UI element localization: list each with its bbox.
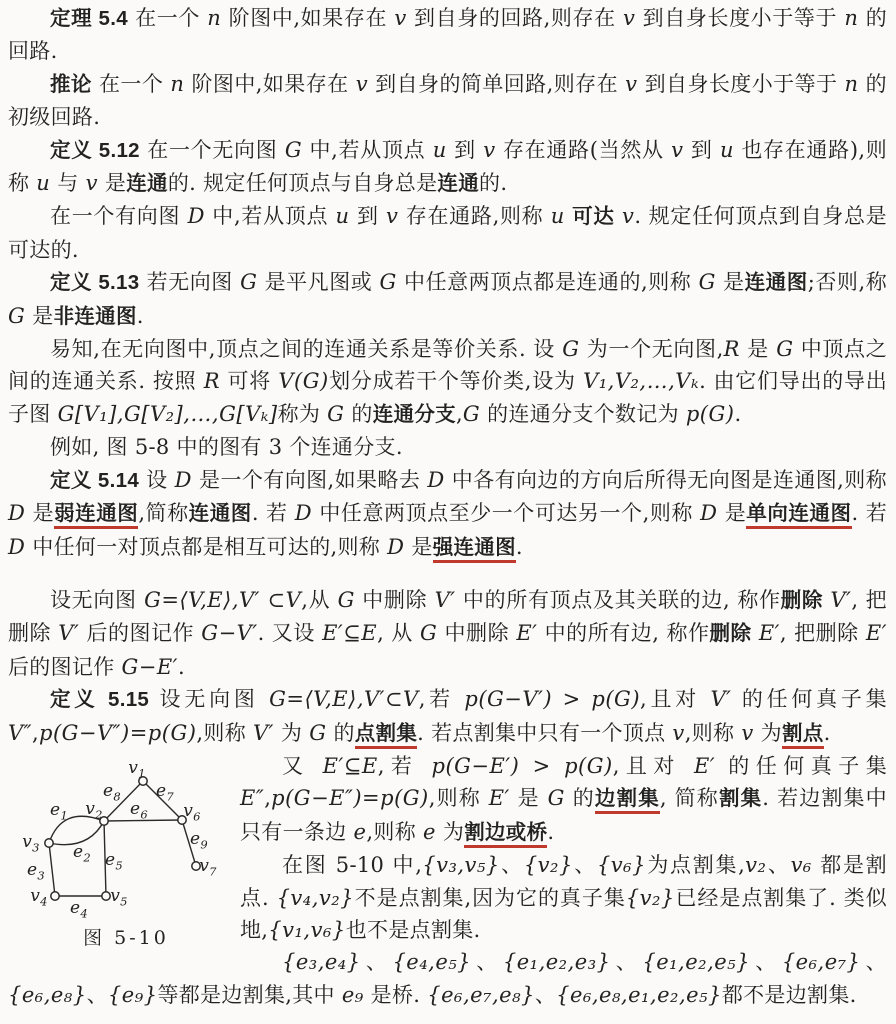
math-expression: n	[170, 72, 184, 96]
vertex-v5	[102, 892, 110, 900]
body-text: 是	[25, 304, 53, 328]
math-expression: u	[551, 204, 565, 228]
math-expression: E′	[516, 621, 537, 645]
key-term-bold: 连通图	[189, 502, 252, 525]
body-text: .	[734, 402, 741, 426]
math-expression: n	[207, 6, 221, 30]
math-expression: R	[204, 369, 220, 393]
body-text: 在一个	[128, 6, 207, 30]
vertex-label-v6: v6	[183, 801, 201, 824]
body-text: 是	[510, 786, 548, 810]
body-text: 可将	[220, 369, 278, 393]
math-expression: e	[353, 820, 366, 844]
body-text: 为点割集,	[646, 853, 745, 877]
body-text	[615, 204, 622, 228]
body-text: 划分成若干个等价类,设为	[329, 369, 583, 393]
body-text: 中任意两顶点都是连通的,则称	[397, 270, 699, 294]
math-expression: {e₃,e₄}	[282, 950, 361, 974]
edge-label-e2: e2	[73, 842, 91, 865]
key-term-underlined: 割点	[782, 722, 824, 749]
body-text: ,则称	[196, 721, 253, 745]
key-term-underlined: 单向连通图	[746, 502, 851, 529]
body-text: ,且对	[613, 754, 694, 778]
math-expression: e	[423, 820, 436, 844]
math-expression: G	[240, 270, 257, 294]
key-term-underlined: 弱连通图	[54, 502, 138, 529]
body-text: 也不是点割集.	[346, 918, 481, 942]
body-text: ,则称	[429, 786, 489, 810]
body-text: 在图 5-10 中,	[282, 853, 422, 877]
vertex-label-v2: v2	[85, 799, 103, 822]
body-text: .	[516, 535, 523, 559]
math-expression: G−V′	[201, 621, 257, 645]
key-term-bold: 割集	[719, 787, 762, 810]
body-text: 是平凡图或	[257, 270, 379, 294]
math-expression: v₂	[745, 853, 766, 877]
math-expression: {v₃,v₅}	[422, 853, 499, 877]
edge-label-e1: e1	[50, 800, 68, 823]
body-text: 存在通路,则称	[398, 204, 550, 228]
math-expression: {v₆}	[597, 853, 646, 877]
body-text: 例如, 图 5-8 中的图有 3 个连通分支.	[50, 435, 403, 459]
body-text: 存在通路(当然从	[496, 138, 672, 162]
body-text: 、	[766, 853, 790, 877]
body-text: 若无向图	[139, 270, 240, 294]
body-text: 的任何真子集	[731, 687, 887, 711]
body-text: .	[547, 820, 554, 844]
body-text: 的	[344, 402, 372, 426]
body-text: 设	[139, 468, 175, 492]
vertex-label-v7: v7	[199, 856, 217, 879]
math-expression: {e₉}	[108, 983, 158, 1007]
math-expression: {v₂}	[524, 853, 573, 877]
math-expression: u	[336, 204, 350, 228]
body-text: 的	[326, 721, 354, 745]
key-term-underlined: 边割集	[595, 787, 660, 814]
math-expression: v	[394, 6, 406, 30]
figure-caption: 图 5-10	[83, 927, 169, 949]
math-expression: e₉	[342, 983, 364, 1007]
math-expression: v	[671, 138, 683, 162]
key-term-bold: 定义 5.15	[50, 688, 149, 711]
body-text: 、	[500, 853, 524, 877]
math-expression: D	[8, 501, 25, 525]
math-expression: E′	[694, 754, 715, 778]
edge-label-e7: e7	[156, 781, 174, 804]
body-text: 阶图中,如果存在	[184, 72, 355, 96]
math-expression: G	[562, 337, 579, 361]
vertex-label-v3: v3	[22, 832, 40, 855]
math-expression: E′	[759, 621, 780, 645]
body-text: 中任意两顶点至少一个可达另一个,则称	[312, 501, 700, 525]
math-expression: {e₆,e₇}	[782, 950, 861, 974]
body-text: 、	[750, 950, 782, 974]
body-text: ,简称	[138, 501, 188, 525]
body-text: 到自身的简单回路,则存在	[368, 72, 625, 96]
body-text: 在一个有向图	[50, 204, 188, 228]
math-expression: V′	[710, 687, 731, 711]
body-text: 中的所有边, 称作	[537, 621, 709, 645]
math-expression: p(G−E′) > p(G)	[432, 754, 613, 778]
math-expression: {e₁,e₂,e₃}	[503, 950, 611, 974]
math-expression: D	[295, 501, 312, 525]
para-def-5-12: 定义 5.12 在一个无向图 G 中,若从顶点 u 到 v 存在通路(当然从 v…	[8, 134, 887, 201]
body-text: 是	[404, 535, 432, 559]
figure-5-10: e1e2e3e4e5e6e7e8e9v1v2v3v4v5v6v7图 5-10	[8, 752, 234, 954]
math-expression: v	[625, 72, 637, 96]
key-term-underlined: 点割集	[355, 722, 417, 749]
para-fig-edge-cuts: {e₃,e₄}、{e₄,e₅}、{e₁,e₂,e₃}、{e₁,e₂,e₅}、{e…	[8, 946, 887, 1011]
body-text: 在一个	[92, 72, 171, 96]
key-term-bold: 连通	[126, 172, 168, 195]
body-text: .	[137, 304, 144, 328]
body-text: 、	[361, 950, 393, 974]
math-expression: G	[8, 304, 25, 328]
math-expression: G−E′	[121, 655, 177, 679]
body-text: 、	[860, 950, 887, 974]
math-expression: v	[356, 72, 368, 96]
body-text: 是一个有向图,如果略去	[192, 468, 427, 492]
key-term-bold: 非连通图	[54, 305, 137, 328]
math-expression: D	[8, 535, 25, 559]
math-expression: E′⊆E	[323, 754, 378, 778]
text-body: 定理 5.4 在一个 n 阶图中,如果存在 v 到自身的回路,则存在 v 到自身…	[8, 2, 887, 1011]
key-term-bold: 定理 5.4	[50, 7, 128, 30]
body-text: ,若	[419, 687, 465, 711]
body-text: ,	[456, 402, 463, 426]
edge-label-e6: e6	[130, 799, 148, 822]
body-text: 、	[535, 983, 556, 1007]
math-expression: {v₄,v₂}	[277, 886, 354, 910]
body-text: 到	[683, 138, 719, 162]
math-expression: v	[483, 138, 495, 162]
para-theorem-5-4: 定理 5.4 在一个 n 阶图中,如果存在 v 到自身的回路,则存在 v 到自身…	[8, 2, 887, 68]
math-expression: u	[433, 138, 447, 162]
body-text: 在一个无向图	[140, 138, 285, 162]
body-text: .	[824, 721, 831, 745]
math-expression: E″	[240, 786, 264, 810]
body-text: 是	[717, 501, 746, 525]
vertex-label-v4: v4	[30, 886, 48, 909]
math-expression: v	[741, 721, 753, 745]
edge-label-e5: e5	[105, 850, 123, 873]
body-text: ,则称	[685, 721, 742, 745]
math-expression: n	[845, 72, 859, 96]
math-expression: G	[463, 402, 480, 426]
math-expression: E′	[866, 621, 887, 645]
math-expression: D	[188, 204, 205, 228]
math-expression: p(G)	[686, 402, 735, 426]
math-expression: G	[699, 270, 716, 294]
body-text: . 若	[252, 501, 295, 525]
body-text: 到自身长度小于等于	[635, 6, 844, 30]
body-text: ,	[32, 721, 39, 745]
math-expression: {e₆,e₈}	[8, 983, 87, 1007]
math-expression: {v₁,v₆}	[268, 918, 345, 942]
math-expression: u	[720, 138, 734, 162]
math-expression: u	[36, 171, 50, 195]
key-term-underlined: 割边或桥	[464, 821, 547, 848]
math-expression: R	[724, 337, 740, 361]
key-term-bold: 删除	[781, 589, 823, 612]
body-text: . 若点割集中只有一个顶点	[417, 721, 672, 745]
graph-diagram: e1e2e3e4e5e6e7e8e9v1v2v3v4v5v6v7图 5-10	[8, 752, 234, 954]
math-expression: {e₁,e₂,e₅}	[642, 950, 750, 974]
key-term-bold: 删除	[710, 622, 752, 645]
math-expression: {v₂}	[626, 886, 675, 910]
body-text: 的任何真子集	[715, 754, 887, 778]
body-text: 是桥.	[364, 983, 428, 1007]
key-term-bold: 定义 5.13	[50, 271, 139, 294]
body-text: 是	[98, 171, 126, 195]
math-expression: v	[386, 204, 398, 228]
body-text: 后的图记作	[8, 655, 121, 679]
para-corollary: 推论 在一个 n 阶图中,如果存在 v 到自身的简单回路,则存在 v 到自身长度…	[8, 68, 887, 134]
body-text: 为	[274, 721, 309, 745]
math-expression: v	[86, 171, 98, 195]
math-expression: V′	[830, 588, 851, 612]
math-expression: G	[327, 402, 344, 426]
math-expression: p(G−E″)=p(G)	[271, 786, 429, 810]
body-text: 的连通分支个数记为	[480, 402, 686, 426]
math-expression: G	[285, 138, 302, 162]
body-text: 中删除	[437, 621, 516, 645]
math-expression: G	[420, 621, 437, 645]
math-expression: E′	[489, 786, 510, 810]
body-text: 、	[573, 853, 597, 877]
body-text: 设无向图	[50, 588, 144, 612]
math-expression: D	[700, 501, 717, 525]
para-example: 例如, 图 5-8 中的图有 3 个连通分支.	[8, 431, 887, 463]
math-expression: p(G−V″)=p(G)	[39, 721, 196, 745]
math-expression: {e₄,e₅}	[392, 950, 471, 974]
math-expression: G	[380, 270, 397, 294]
body-text: ,则称	[366, 820, 423, 844]
edge-label-e3: e3	[27, 860, 45, 883]
body-text: ;否则,称	[808, 270, 887, 294]
body-text: . 若	[852, 501, 888, 525]
math-expression: n	[844, 6, 858, 30]
body-text: 到自身长度小于等于	[637, 72, 844, 96]
textbook-page: 定理 5.4 在一个 n 阶图中,如果存在 v 到自身的回路,则存在 v 到自身…	[0, 0, 896, 1024]
body-text: 阶图中,如果存在	[221, 6, 394, 30]
body-text: 都不是边割集.	[722, 983, 857, 1007]
body-text: . 又设	[258, 621, 322, 645]
math-expression: G[V₁],G[V₂],…,G[Vₖ]	[58, 402, 278, 426]
math-expression: v	[622, 204, 634, 228]
body-text: 中各有向边的方向后所得无向图是连通图,则称	[445, 468, 887, 492]
math-expression: D	[427, 468, 444, 492]
math-expression: v₆	[791, 853, 812, 877]
body-text: , 简称	[660, 786, 719, 810]
body-text: 、	[471, 950, 503, 974]
body-text: 又	[282, 754, 323, 778]
body-text: , 从	[377, 621, 420, 645]
math-expression: V″	[8, 721, 32, 745]
math-expression: V′	[253, 721, 274, 745]
math-expression: {e₆,e₈,e₁,e₂,e₅}	[556, 983, 722, 1007]
key-term-bold: 连通	[437, 172, 479, 195]
body-text: 等都是边割集,其中	[157, 983, 341, 1007]
edge-e3	[49, 843, 55, 896]
vertex-v4	[51, 892, 59, 900]
body-text: 设无向图	[149, 687, 269, 711]
body-text: ,若	[378, 754, 432, 778]
edge-label-e8: e8	[103, 781, 121, 804]
body-text: 后的图记作	[79, 621, 201, 645]
math-expression: V(G)	[278, 369, 328, 393]
body-text: 的.	[479, 171, 507, 195]
math-expression: D	[175, 468, 192, 492]
body-text: 到	[447, 138, 483, 162]
body-text: 中,若从顶点	[205, 204, 336, 228]
body-text: 的. 规定任何顶点与自身总是	[168, 171, 438, 195]
math-expression: E′⊆E	[322, 621, 377, 645]
math-expression: v	[623, 6, 635, 30]
body-text	[752, 621, 759, 645]
key-term-underlined: 强连通图	[433, 536, 516, 563]
body-text: 、	[611, 950, 643, 974]
body-text: 中的所有顶点及其关联的边, 称作	[456, 588, 781, 612]
math-expression: V′	[435, 588, 456, 612]
para-deletion: 设无向图 G=⟨V,E⟩,V′ ⊂V,从 G 中删除 V′ 中的所有顶点及其关联…	[8, 584, 887, 683]
key-term-bold: 推论	[50, 73, 92, 96]
key-term-bold: 可达	[572, 205, 614, 228]
body-text: 到	[350, 204, 386, 228]
body-text: 不是点割集,因为它的真子集	[354, 886, 626, 910]
body-text: 是	[740, 337, 776, 361]
body-text: 中,若从顶点	[302, 138, 433, 162]
math-expression: V₁,V₂,…,Vₖ	[583, 369, 699, 393]
vertex-v3	[45, 839, 53, 847]
body-text: 中任何一对顶点都是相互可达的,则称	[25, 535, 387, 559]
math-expression: D	[387, 535, 404, 559]
para-def-5-14: 定义 5.14 设 D 是一个有向图,如果略去 D 中各有向边的方向后所得无向图…	[8, 464, 887, 564]
para-components: 易知,在无向图中,顶点之间的连通关系是等价关系. 设 G 为一个无向图,R 是 …	[8, 333, 887, 431]
edge-label-e9: e9	[190, 829, 208, 852]
body-text: 是	[25, 501, 54, 525]
vertex-label-v5: v5	[110, 886, 128, 909]
body-text: ,且对	[640, 687, 710, 711]
math-expression: {e₆,e₇,e₈}	[427, 983, 535, 1007]
para-reachable: 在一个有向图 D 中,若从顶点 u 到 v 存在通路,则称 u 可达 v. 规定…	[8, 200, 887, 266]
body-text: 为	[436, 820, 464, 844]
math-expression: G	[309, 721, 326, 745]
key-term-bold: 连通图	[745, 271, 808, 294]
math-expression: v	[672, 721, 684, 745]
math-expression: V′	[58, 621, 79, 645]
math-expression: G=⟨V,E⟩,V′ ⊂V	[144, 588, 301, 612]
math-expression: G	[338, 588, 355, 612]
body-text: 为	[754, 721, 782, 745]
body-text: 中删除	[355, 588, 435, 612]
edge-label-e4: e4	[70, 898, 88, 921]
body-text: 为一个无向图,	[580, 337, 724, 361]
body-text: 、	[87, 983, 108, 1007]
key-term-bold: 定义 5.14	[50, 469, 139, 492]
math-expression: G	[776, 337, 793, 361]
body-text: .	[178, 655, 185, 679]
math-expression: G=⟨V,E⟩,V′⊂V	[269, 687, 419, 711]
body-text: 的	[565, 786, 595, 810]
para-def-5-15: 定义 5.15 设无向图 G=⟨V,E⟩,V′⊂V,若 p(G−V′) > p(…	[8, 683, 887, 750]
body-text: 易知,在无向图中,顶点之间的连通关系是等价关系. 设	[50, 337, 562, 361]
body-text: 与	[50, 171, 85, 195]
body-text: 是	[716, 270, 745, 294]
key-term-bold: 连通分支	[373, 403, 456, 426]
vertex-label-v1: v1	[128, 758, 146, 781]
body-text: 到自身的回路,则存在	[407, 6, 623, 30]
math-expression: G	[548, 786, 565, 810]
body-text: , 把删除	[780, 621, 866, 645]
key-term-bold: 定义 5.12	[50, 139, 140, 162]
para-def-5-13: 定义 5.13 若无向图 G 是平凡图或 G 中任意两顶点都是连通的,则称 G …	[8, 266, 887, 333]
body-text: ,从	[301, 588, 337, 612]
math-expression: p(G−V′) > p(G)	[464, 687, 640, 711]
body-text: 称为	[278, 402, 328, 426]
